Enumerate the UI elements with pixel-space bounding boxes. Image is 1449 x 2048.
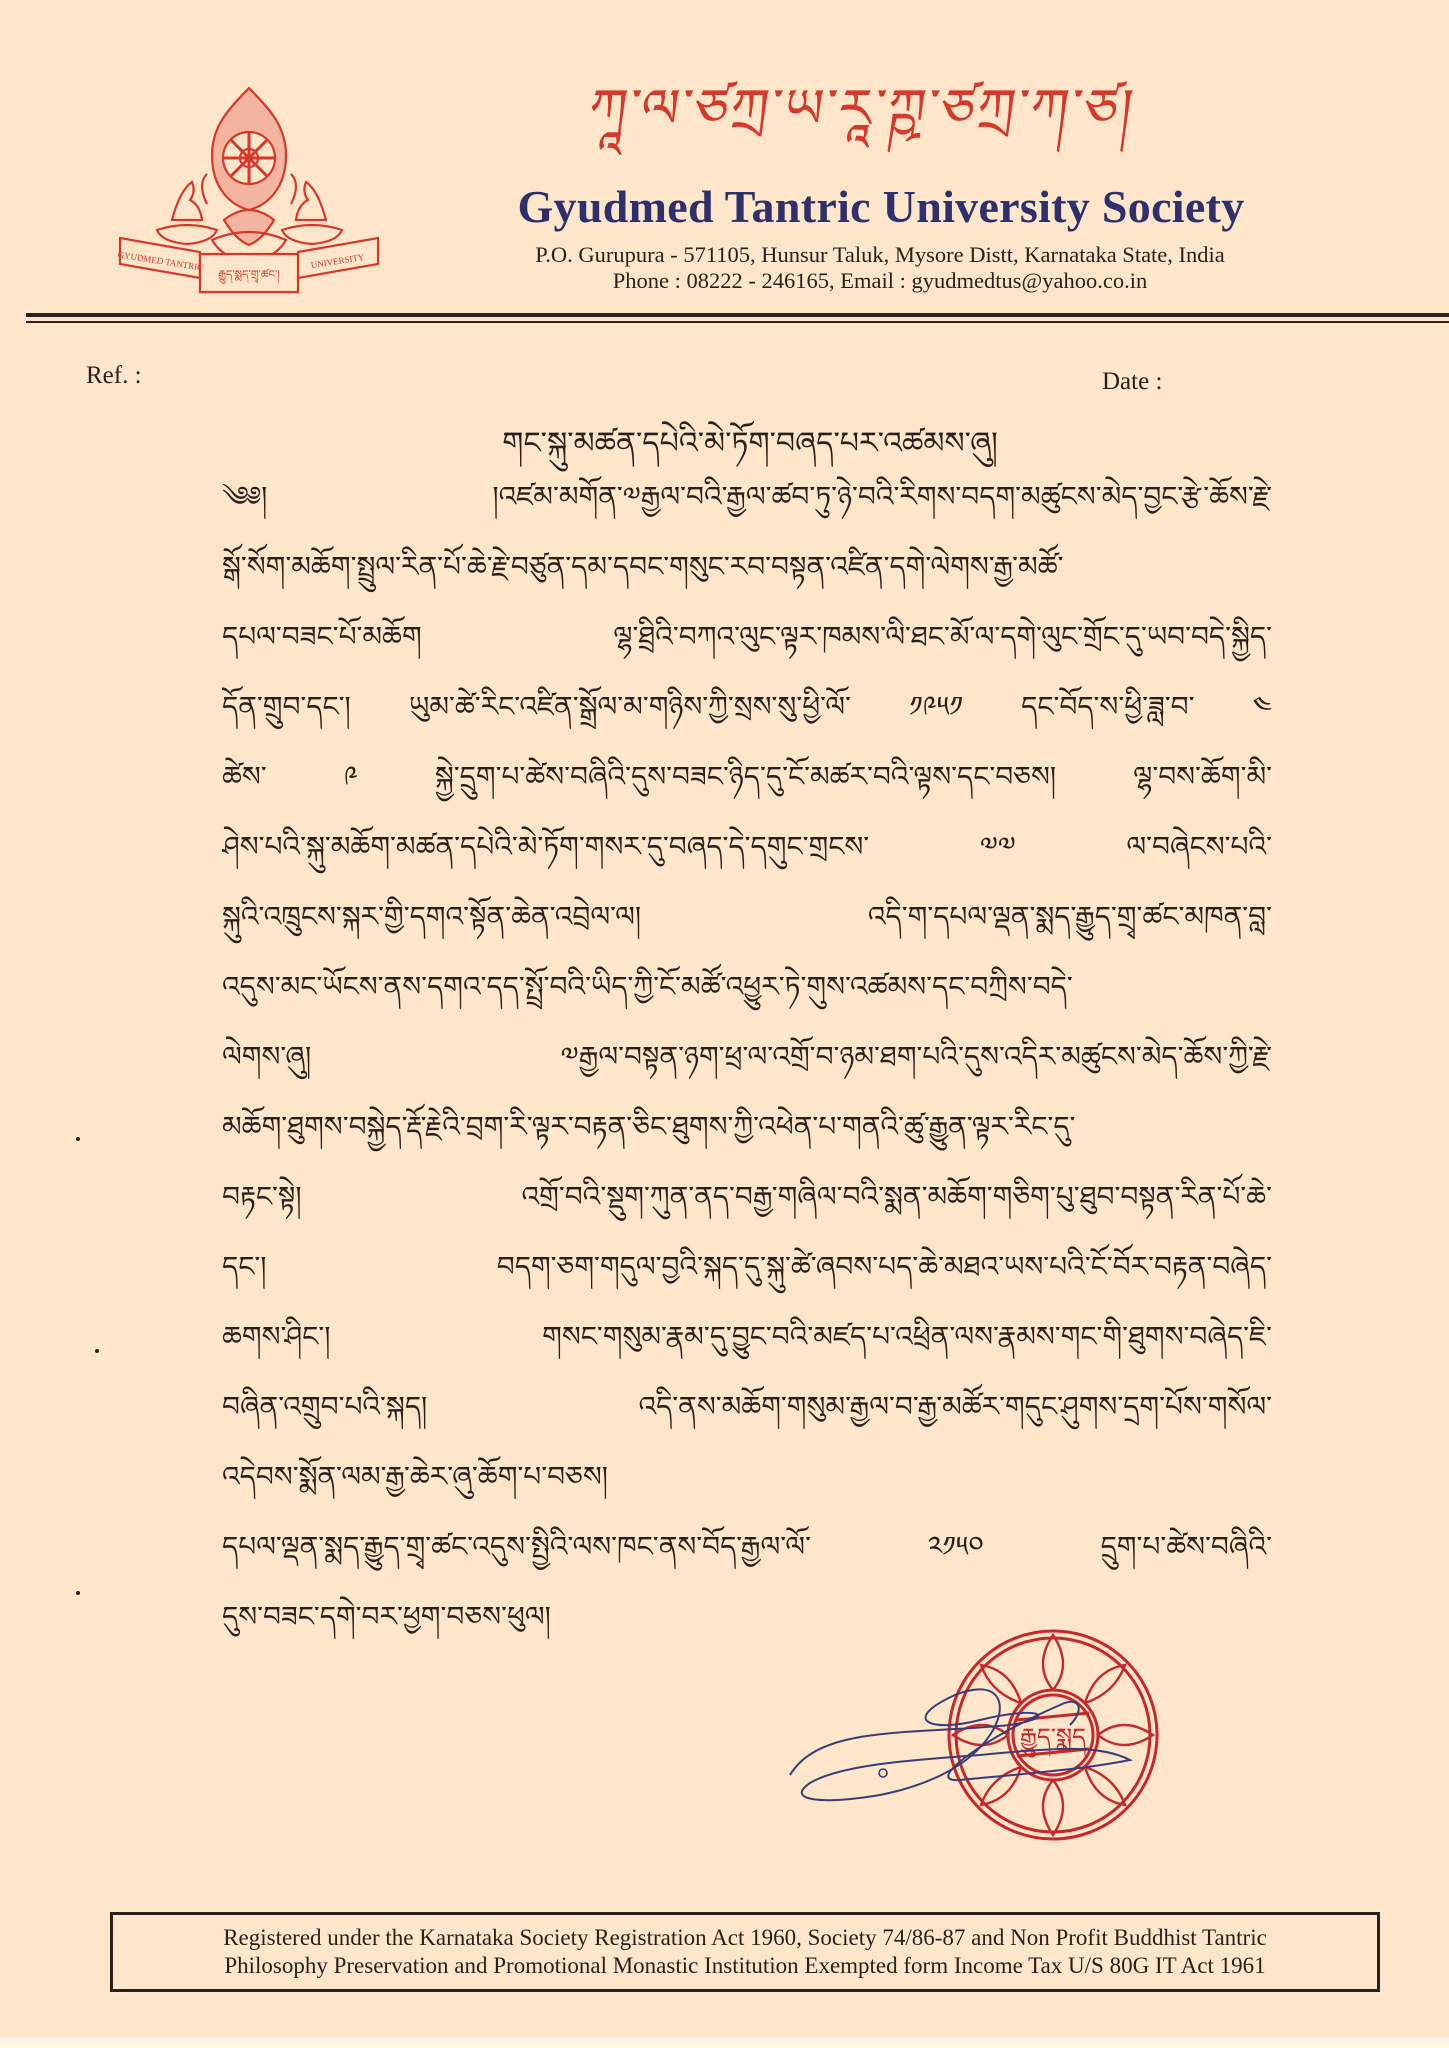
body-line: འདེབས་སྨོན་ལམ་རྒྱ་ཆེར་ཞུ་ཆོག་པ་བཅས། (222, 1448, 1272, 1518)
footer-line-2: Philosophy Preservation and Promotional … (224, 1952, 1265, 1980)
body-line: ཆགས་ཤིང་། གསང་གསུམ་རྣམ་དུ་བྱུང་བའི་མཛད་པ… (222, 1308, 1272, 1378)
body-line: དང་། བདག་ཅག་གདུལ་བྱའི་སྐད་དུ་སྐུ་ཚེ་ཞབས་… (222, 1238, 1272, 1308)
body-line: དཔལ་བཟང་པོ་མཆོག ལྷ་ཐྲིའི་བཀའ་ལུང་ལྟར་ཁམས… (222, 608, 1272, 678)
body-line: ༄༅། །འཛམ་མགོན་༧རྒྱལ་བའི་རྒྱལ་ཚབ་ཏུ་ཉེ་བའ… (222, 468, 1272, 538)
body-line: ཤེས་པའི་སྐུ་མཆོག་མཚན་དཔེའི་མེ་ཏོག་གསར་དུ… (222, 818, 1272, 888)
date-label: Date : (1102, 368, 1162, 396)
ref-label: Ref. : (86, 362, 142, 390)
organization-address: P.O. Gurupura - 571105, Hunsur Taluk, My… (470, 242, 1290, 268)
organization-contact: Phone : 08222 - 246165, Email : gyudmedt… (470, 268, 1290, 294)
organization-name: Gyudmed Tantric University Society (486, 180, 1276, 233)
body-line: བརྟང་སྟེ། འགྲོ་བའི་སྡུག་ཀུན་ནད་བརྒྱ་གཞིལ… (222, 1168, 1272, 1238)
margin-mark (76, 1137, 80, 1141)
margin-mark (76, 1591, 80, 1595)
registration-footer: Registered under the Karnataka Society R… (110, 1912, 1380, 1992)
footer-line-1: Registered under the Karnataka Society R… (223, 1924, 1267, 1952)
margin-mark (95, 1349, 99, 1353)
closing-line: དཔལ་ལྡན་སྨད་རྒྱུད་གྲྭ་ཚང་འདུས་སྤྱིའི་ལས་… (222, 1518, 1272, 1588)
body-line: སྐུའི་འཁྲུངས་སྐར་གྱི་དགའ་སྟོན་ཆེན་འབྲེལ་… (222, 888, 1272, 958)
header-rule-thin (26, 321, 1449, 323)
body-line: སྒོ་སོག་མཆོག་སྤྲུལ་རིན་པོ་ཆེ་རྗེ་བཙུན་དམ… (222, 538, 1272, 608)
body-line: བཞིན་འགྲུབ་པའི་སྐད། འདི་ནས་མཆོག་གསུམ་རྒྱ… (222, 1378, 1272, 1448)
body-line: དོན་གྲུབ་དང་། ཡུམ་ཚེ་རིང་འཛིན་སྒྲོལ་མ་གཉ… (222, 678, 1272, 748)
page-bottom-edge (0, 2038, 1449, 2048)
header-rule-thick (26, 313, 1449, 317)
body-line: ཚེས་ ༩ སྐྱེ་དྲུག་པ་ཚེས་བཞིའི་དུས་བཟང་ཉིད… (222, 748, 1272, 818)
body-line: འདུས་མང་ཡོངས་ནས་དགའ་དད་སྤྲོ་བའི་ཡིད་ཀྱི་… (222, 958, 1272, 1028)
letter-body: ༄༅། །འཛམ་མགོན་༧རྒྱལ་བའི་རྒྱལ་ཚབ་ཏུ་ཉེ་བའ… (222, 468, 1272, 1658)
body-line: མཆོག་ཐུགས་བསྐྱེད་རྡོ་རྗེའི་བྲག་རི་ལྟར་བར… (222, 1098, 1272, 1168)
tibetan-motto: ཀཱ་ལ་ཙཀྲ་ཡ་རཱ་ཀྵ་ཙཀྲ་ཀ་ཙ། (582, 48, 1197, 158)
handwritten-signature-icon (780, 1665, 1180, 1825)
letterhead-page: GYUDMED TANTRIC UNIVERSITY རྒྱུད་སྨད་གྲྭ… (0, 0, 1449, 2048)
body-line: ལེགས་ཞུ། ༧རྒྱལ་བསྟན་ཉག་ཕྲ་ལ་འགྲོ་བ་ཉམ་ཐག… (222, 1028, 1272, 1098)
dharma-wheel-deer-emblem-icon: GYUDMED TANTRIC UNIVERSITY རྒྱུད་སྨད་གྲྭ… (112, 80, 387, 300)
